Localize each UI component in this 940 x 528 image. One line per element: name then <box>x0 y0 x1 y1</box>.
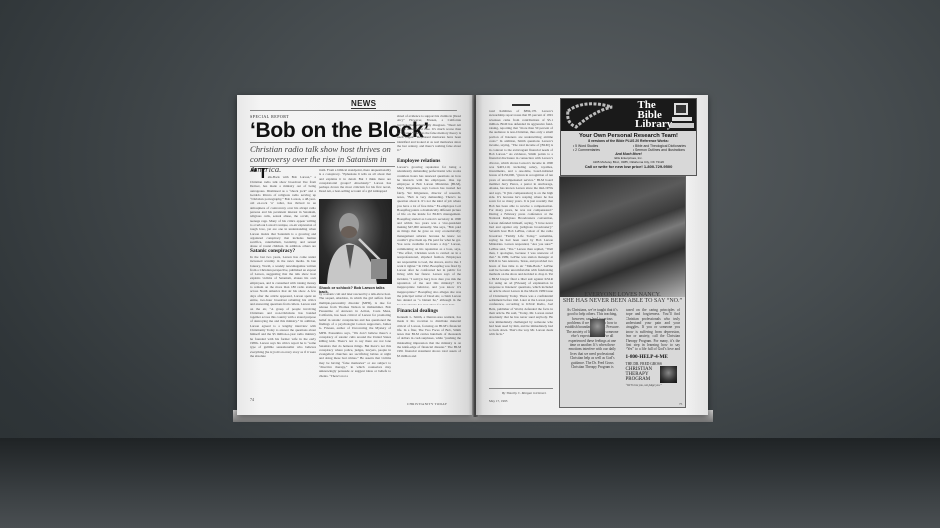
subhead-employee-relations: Employee relations <box>397 158 440 164</box>
ad-features-left: • 5 Word Studies • 2 Commentaries <box>573 144 600 152</box>
computer-icon <box>669 102 695 129</box>
page-number-right: 75 <box>679 402 682 406</box>
ad-title: The Bible Library <box>621 101 672 130</box>
left-page: NEWS SPECIAL REPORT ‘Bob on the Block’ C… <box>237 95 473 415</box>
subhead-financial-dealings: Financial dealings <box>397 308 438 314</box>
section-label: NEWS <box>351 99 376 109</box>
page-number-left: 74 <box>250 397 254 402</box>
ad-headline: EVERYONE LOVES NANCY. SHE HAS NEVER BEEN… <box>560 292 685 305</box>
dr-gross-photo <box>660 366 677 383</box>
christian-therapy-ad: EVERYONE LOVES NANCY. SHE HAS NEVER BEEN… <box>559 176 686 408</box>
bible-library-ad: The Bible Library Your Own Personal Rese… <box>560 98 697 176</box>
ad-features-right: • Bible and Theological Dictionaries • S… <box>633 144 686 152</box>
article-column-3b: Larson’s growing reputation for being a … <box>397 165 461 305</box>
byline-rule <box>489 388 553 389</box>
ad-body-right: based on the caring principles of hope a… <box>626 308 681 352</box>
ad-banner: The Bible Library <box>561 99 696 131</box>
subhead-satanic-conspiracy: Satanic conspiracy? <box>250 248 295 254</box>
nancy-thumbnail <box>590 319 605 337</box>
scroll-chain-icon <box>564 101 616 129</box>
article-continuation-column: total liabilities of $894,170. Larson’s … <box>489 109 553 386</box>
bob-larson-photo <box>319 199 392 284</box>
article-column-2: truth. From a biblical standpoint, there… <box>319 168 391 198</box>
deck-rule-top <box>250 142 395 143</box>
article-column-2b: by a satanic cult and later rescued by a… <box>319 292 391 393</box>
article-column-1b: In the last two years, Larson has come u… <box>250 255 316 393</box>
header-rule <box>250 110 457 111</box>
top-rule <box>512 104 530 106</box>
ad-slogan: “We’ll love you, not judge you.” <box>626 384 681 387</box>
article-column-3: shred of evidence to support his claims … <box>397 114 461 156</box>
magazine-name: CHRISTIANITY TODAY <box>407 402 447 406</box>
ad-photo-nancy <box>560 177 685 297</box>
ad-phone-number[interactable]: 1-800-HELP-4-ME <box>626 354 681 360</box>
dateline: May 17, 1993 <box>489 399 507 403</box>
desk-surface <box>0 438 940 528</box>
ad-call-to-action[interactable]: Call or write for new low price! 1-800-7… <box>561 164 696 169</box>
program-logo: THE DR. FRED GROSS CHRISTIAN THERAPY PRO… <box>626 362 681 383</box>
byline: By Timothy C. Morgan in Denver. <box>502 391 546 395</box>
deck-rule-bottom <box>250 166 395 167</box>
article-column-1: “Talk-Back with Bob Larson,” a Christian… <box>250 168 316 247</box>
article-column-3c: Kenneth L. Smith, a Denver-area resident… <box>397 315 461 393</box>
right-page: total liabilities of $894,170. Larson’s … <box>476 95 708 415</box>
